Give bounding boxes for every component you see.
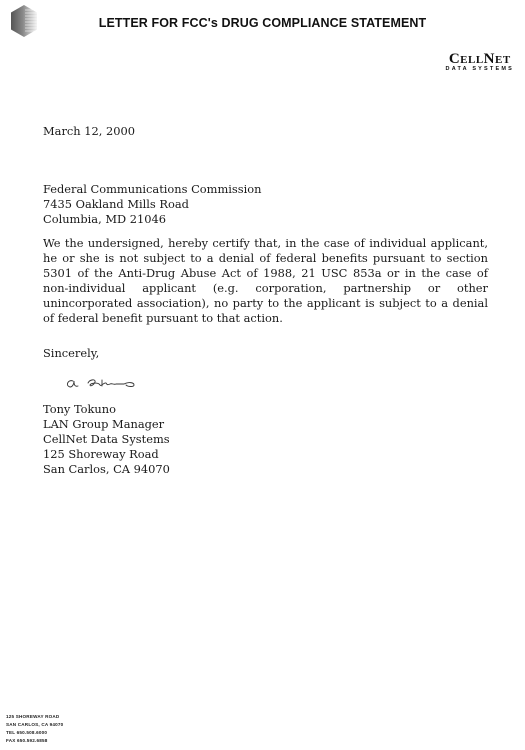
brand-subtitle: DATA SYSTEMS (446, 66, 514, 73)
signer-block: Tony Tokuno LAN Group Manager CellNet Da… (43, 402, 170, 477)
letter-closing: Sincerely, (43, 346, 99, 361)
brand-name: CellNet (446, 52, 514, 66)
footer-line: SAN CARLOS, CA 94070 (6, 721, 63, 729)
recipient-address: Federal Communications Commission 7435 O… (43, 182, 261, 227)
footer-line: FAX 650.592.6858 (6, 737, 63, 745)
cellnet-brand-logo: CellNet DATA SYSTEMS (446, 52, 514, 73)
footer-address: 125 SHOREWAY ROAD SAN CARLOS, CA 94070 T… (6, 713, 63, 745)
document-title: LETTER FOR FCC's DRUG COMPLIANCE STATEME… (0, 16, 525, 30)
signer-street: 125 Shoreway Road (43, 447, 170, 462)
signer-company: CellNet Data Systems (43, 432, 170, 447)
letter-date: March 12, 2000 (43, 124, 135, 139)
handwritten-signature-icon (64, 373, 154, 393)
signer-name: Tony Tokuno (43, 402, 170, 417)
recipient-line: 7435 Oakland Mills Road (43, 197, 261, 212)
recipient-line: Columbia, MD 21046 (43, 212, 261, 227)
footer-line: 125 SHOREWAY ROAD (6, 713, 63, 721)
signer-title: LAN Group Manager (43, 417, 170, 432)
letter-body: We the undersigned, hereby certify that,… (43, 236, 488, 326)
footer-line: TEL 650.508.6000 (6, 729, 63, 737)
recipient-line: Federal Communications Commission (43, 182, 261, 197)
signer-city: San Carlos, CA 94070 (43, 462, 170, 477)
